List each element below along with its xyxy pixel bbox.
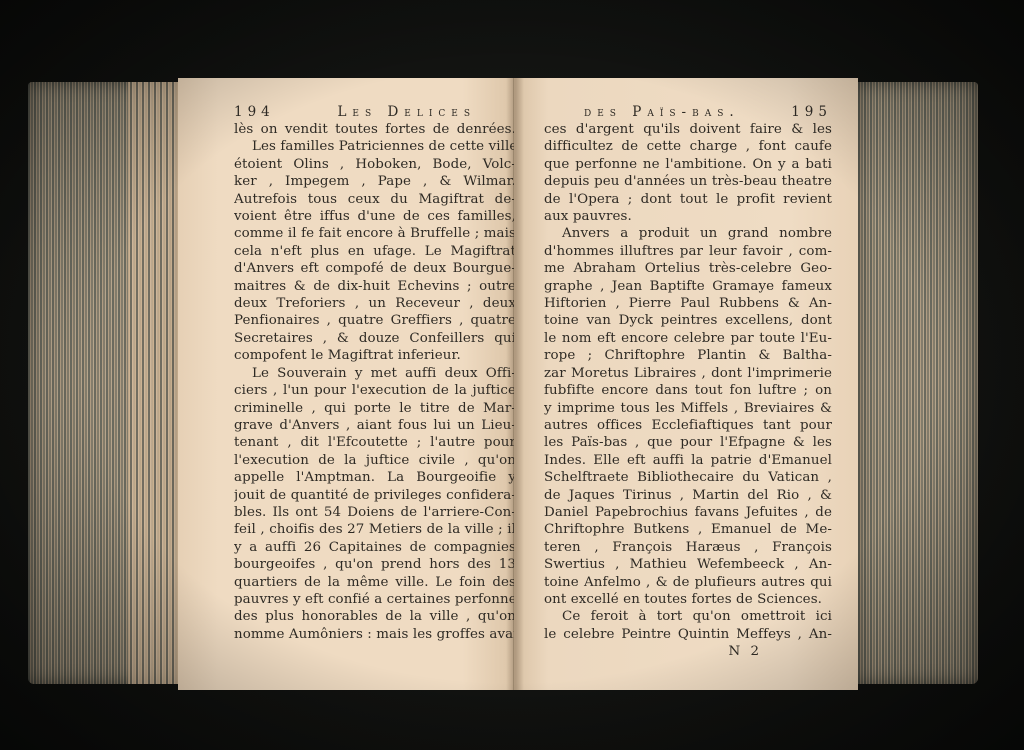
right-running-title: des Païs-bas.	[584, 104, 740, 121]
right-fore-edge	[858, 82, 978, 684]
text-line: toine Anfelmo , & de plufieurs autres qu…	[544, 574, 832, 591]
text-line: graphe , Jean Baptifte Gramaye fameux	[544, 278, 832, 295]
left-page: 194 Les Delices lès on vendit toutes for…	[178, 78, 514, 690]
text-line: feil , choifis des 27 Metiers de la vill…	[234, 521, 516, 538]
text-line: me Abraham Ortelius très-celebre Geo-	[544, 260, 832, 277]
text-line: nomme Aumôniers : mais les groffes avan-	[234, 626, 516, 643]
catchword-signature: N 2	[544, 643, 832, 660]
text-line: Chriftophre Butkens , Emanuel de Me-	[544, 521, 832, 538]
text-line: ker , Impegem , Pape , & Wilmar.	[234, 173, 516, 190]
text-line: deux Treforiers , un Receveur , deux	[234, 295, 516, 312]
left-running-head: 194 Les Delices	[234, 104, 516, 121]
left-running-title: Les Delices	[337, 104, 476, 121]
text-line: que perfonne ne l'ambitione. On y a bati	[544, 156, 832, 173]
right-running-head: des Païs-bas. 195	[544, 104, 832, 121]
left-page-number: 194	[234, 104, 275, 121]
text-line: de l'Opera ; dont tout le profit revient	[544, 191, 832, 208]
text-line: Daniel Papebrochius favans Jefuites , de	[544, 504, 832, 521]
left-fore-edge	[28, 82, 178, 684]
text-line: bourgeoifes , qu'on prend hors des 13	[234, 556, 516, 573]
text-line: appelle l'Amptman. La Bourgeoifie y	[234, 469, 516, 486]
text-line: tenant , dit l'Efcoutette ; l'autre pour	[234, 434, 516, 451]
right-page: des Païs-bas. 195 ces d'argent qu'ils do…	[514, 78, 858, 690]
text-line: criminelle , qui porte le titre de Mar-	[234, 400, 516, 417]
text-line: teren , François Haræus , François	[544, 539, 832, 556]
text-line: Secretaires , & douze Confeillers qui	[234, 330, 516, 347]
text-line: lès on vendit toutes fortes de denrées.	[234, 121, 516, 138]
text-line: Ce feroit à tort qu'on omettroit ici	[544, 608, 832, 625]
text-line: ces d'argent qu'ils doivent faire & les	[544, 121, 832, 138]
text-line: maitres & de dix-huit Echevins ; outre	[234, 278, 516, 295]
text-line: Schelftraete Bibliothecaire du Vatican ,	[544, 469, 832, 486]
text-line: de Jaques Tirinus , Martin del Rio , &	[544, 487, 832, 504]
text-line: voient être iffus d'une de ces familles,	[234, 208, 516, 225]
text-line: y a auffi 26 Capitaines de compagnies	[234, 539, 516, 556]
text-line: autres offices Ecclefiaftiques tant pour	[544, 417, 832, 434]
text-line: cela n'eft plus en ufage. Le Magiftrat	[234, 243, 516, 260]
text-line: quartiers de la même ville. Le foin des	[234, 574, 516, 591]
text-line: Indes. Elle eft auffi la patrie d'Emanue…	[544, 452, 832, 469]
text-line: y imprime tous les Miffels , Breviaires …	[544, 400, 832, 417]
text-line: toine van Dyck peintres excellens, dont	[544, 312, 832, 329]
left-page-text: 194 Les Delices lès on vendit toutes for…	[234, 104, 516, 643]
text-line: d'Anvers eft compofé de deux Bourgue-	[234, 260, 516, 277]
open-book: 194 Les Delices lès on vendit toutes for…	[28, 76, 978, 692]
text-line: bles. Ils ont 54 Doiens de l'arriere-Con…	[234, 504, 516, 521]
text-line: Swertius , Mathieu Wefembeeck , An-	[544, 556, 832, 573]
photo-scene: 194 Les Delices lès on vendit toutes for…	[0, 0, 1024, 750]
text-line: ciers , l'un pour l'execution de la juft…	[234, 382, 516, 399]
text-line: Hiftorien , Pierre Paul Rubbens & An-	[544, 295, 832, 312]
text-line: d'hommes illuftres par leur favoir , com…	[544, 243, 832, 260]
text-line: l'execution de la juftice civile , qu'on	[234, 452, 516, 469]
text-line: ont excellé en toutes fortes de Sciences…	[544, 591, 832, 608]
text-line: Le Souverain y met auffi deux Offi-	[234, 365, 516, 382]
text-line: zar Moretus Libraires , dont l'imprimeri…	[544, 365, 832, 382]
text-line: le celebre Peintre Quintin Meffeys , An-	[544, 626, 832, 643]
right-page-number: 195	[791, 104, 832, 121]
text-line: comme il fe fait encore à Bruffelle ; ma…	[234, 225, 516, 242]
text-line: compofent le Magiftrat inferieur.	[234, 347, 516, 364]
text-line: fubfifte encore dans tout fon luftre ; o…	[544, 382, 832, 399]
text-line: Autrefois tous ceux du Magiftrat de-	[234, 191, 516, 208]
text-line: Anvers a produit un grand nombre	[544, 225, 832, 242]
text-line: Penfionaires , quatre Greffiers , quatre	[234, 312, 516, 329]
text-line: difficultez de cette charge , font caufe	[544, 138, 832, 155]
text-line: rope ; Chriftophre Plantin & Baltha-	[544, 347, 832, 364]
text-line: Les familles Patriciennes de cette ville	[234, 138, 516, 155]
text-line: le nom eft encore celebre par toute l'Eu…	[544, 330, 832, 347]
text-line: pauvres y eft confié a certaines perfonn…	[234, 591, 516, 608]
right-page-text: des Païs-bas. 195 ces d'argent qu'ils do…	[544, 104, 832, 661]
text-line: jouit de quantité de privileges confider…	[234, 487, 516, 504]
text-line: étoient Olins , Hoboken, Bode, Volc-	[234, 156, 516, 173]
text-line: depuis peu d'années un très-beau theatre	[544, 173, 832, 190]
text-line: grave d'Anvers , aiant fous lui un Lieu-	[234, 417, 516, 434]
text-line: aux pauvres.	[544, 208, 832, 225]
text-line: les Païs-bas , que pour l'Efpagne & les	[544, 434, 832, 451]
text-line: des plus honorables de la ville , qu'on	[234, 608, 516, 625]
